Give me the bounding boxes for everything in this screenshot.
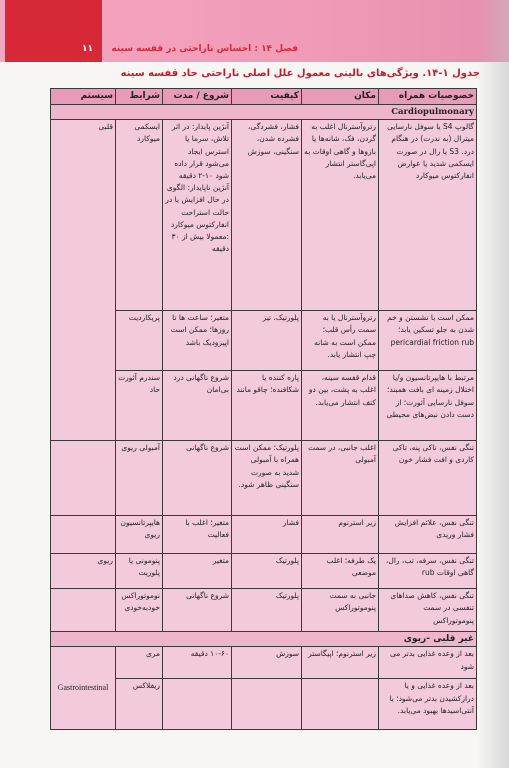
section-row-cardiopulmonary: Cardiopulmonary	[51, 105, 477, 120]
cell-quality: پلورتیک	[232, 554, 302, 589]
col-header-quality: کیفیت	[232, 89, 302, 105]
cell-features: گالوپ S4 یا سوفل نارسایی میترال (به ندرت…	[379, 120, 477, 311]
cell-onset: آنژین پایدار: در اثر تلاش، سرما یا استرس…	[163, 120, 232, 311]
cell-onset: شروع ناگهانی درد بی‌امان	[163, 371, 232, 441]
cell-system: Gastrointestinal	[51, 647, 116, 730]
cell-location: قدام قفسه سینه، اغلب به پشت، بین دو کتف …	[302, 371, 379, 441]
col-header-location: مکان	[302, 89, 379, 105]
cell-features: بعد از وعده غذایی و یا درازکشیدن بدتر می…	[379, 679, 477, 730]
cell-features: تنگی نفس، تاکی پنه، تاکی کاردی و افت فشا…	[379, 441, 477, 516]
col-header-condition: شرایط	[116, 89, 163, 105]
cell-condition: مری	[116, 647, 163, 679]
table-row: گالوپ S4 یا سوفل نارسایی میترال (به ندرت…	[51, 120, 477, 311]
cell-onset: متغیر؛ ساعت ها تا روزها؛ ممکن است اپیزود…	[163, 311, 232, 371]
cell-quality: پلورتیک، تیز	[232, 311, 302, 371]
cell-location: رتروآسترنال یا به سمت رأس قلب؛ ممکن است …	[302, 311, 379, 371]
cell-condition: هایپرتانسیون ریوی	[116, 516, 163, 554]
table-row: تنگی نفس، علائم افزایش فشار وریدی زیر اس…	[51, 516, 477, 554]
cell-condition: ایسکمی میوکارد	[116, 120, 163, 311]
col-header-system: سیستم	[51, 89, 116, 105]
cell-condition: پریکاردیت	[116, 311, 163, 371]
cell-condition: سندرم آئورت حاد	[116, 371, 163, 441]
page-number: ۱۱	[82, 44, 93, 54]
cell-features: مرتبط با هایپرتانسیون و/یا اختلال زمینه …	[379, 371, 477, 441]
cell-condition: ریفلاکس	[116, 679, 163, 730]
cell-features: تنگی نفس، کاهش صداهای تنفسی در سمت پنومو…	[379, 589, 477, 632]
section-row-noncardiopulmonary: غیر قلبی -ریوی	[51, 632, 477, 647]
cell-features: بعد از وعده غذایی بدتر می شود	[379, 647, 477, 679]
table-header-row: خصوصیات همراه مکان کیفیت شروع / مدت شرای…	[51, 89, 477, 105]
cell-onset: ۱۰-۶۰ دقیقه	[163, 647, 232, 679]
chest-pain-table: خصوصیات همراه مکان کیفیت شروع / مدت شرای…	[50, 88, 477, 730]
cell-quality: پاره کننده یا شکافنده؛ چاقو مانند	[232, 371, 302, 441]
table-caption: جدول ۱-۱۴. ویژگی‌های بالینی معمول علل اص…	[170, 68, 480, 79]
chapter-title: فصل ۱۴ : احساس ناراحتی در قفسه سینه	[110, 44, 298, 54]
cell-quality: پلورتیک	[232, 589, 302, 632]
cell-location	[302, 679, 379, 730]
cell-condition: نوموتوراکس خودبه‌خودی	[116, 589, 163, 632]
cell-quality: فشار	[232, 516, 302, 554]
cell-quality: فشار، فشردگی، فشرده شدن، سنگینی، سوزش	[232, 120, 302, 311]
cell-system: قلبی	[51, 120, 116, 441]
cell-quality: سوزش	[232, 647, 302, 679]
cell-system: ریوی	[51, 554, 116, 589]
cell-features: ممکن است با نشستن و خم شدن به جلو تسکین …	[379, 311, 477, 371]
col-header-features: خصوصیات همراه	[379, 89, 477, 105]
cell-onset: شروع ناگهانی	[163, 589, 232, 632]
table-row: تنگی نفس، تاکی پنه، تاکی کاردی و افت فشا…	[51, 441, 477, 516]
cell-location: زیر استرنوم؛ اپیگاستر	[302, 647, 379, 679]
cell-condition: پنومونی یا پلوریت	[116, 554, 163, 589]
cell-onset: متغیر	[163, 554, 232, 589]
cell-location: یک طرفه؛ اغلب موضعی	[302, 554, 379, 589]
cell-quality	[232, 679, 302, 730]
cell-location: رتروآسترنال اغلب به گردن، فک، شانه‌ها یا…	[302, 120, 379, 311]
cell-condition: آمبولی ریوی	[116, 441, 163, 516]
cell-location: زیر استرنوم	[302, 516, 379, 554]
cell-features: تنگی نفس، سرفه، تب، رال، گاهی اوقات rub	[379, 554, 477, 589]
cell-system	[51, 589, 116, 632]
section-title: Cardiopulmonary	[51, 105, 477, 120]
cell-features: تنگی نفس، علائم افزایش فشار وریدی	[379, 516, 477, 554]
cell-onset	[163, 679, 232, 730]
system-label: قلبی	[98, 122, 113, 131]
col-header-onset: شروع / مدت	[163, 89, 232, 105]
cell-system	[51, 516, 116, 554]
cell-quality: پلورتیک؛ ممکن است همراه با آمبولی شدید ب…	[232, 441, 302, 516]
page-edge-shadow	[478, 0, 509, 768]
cell-onset: متغیر؛ اغلب با فعالیت	[163, 516, 232, 554]
cell-location: اغلب جانبی، در سمت آمبولی	[302, 441, 379, 516]
cell-location: جانبی به سمت پنوموتوراکس	[302, 589, 379, 632]
table-row: تنگی نفس، کاهش صداهای تنفسی در سمت پنومو…	[51, 589, 477, 632]
cell-onset: شروع ناگهانی	[163, 441, 232, 516]
table-row: تنگی نفس، سرفه، تب، رال، گاهی اوقات rub …	[51, 554, 477, 589]
table-row: بعد از وعده غذایی بدتر می شود زیر استرنو…	[51, 647, 477, 679]
cell-system	[51, 441, 116, 516]
section-title: غیر قلبی -ریوی	[51, 632, 477, 647]
